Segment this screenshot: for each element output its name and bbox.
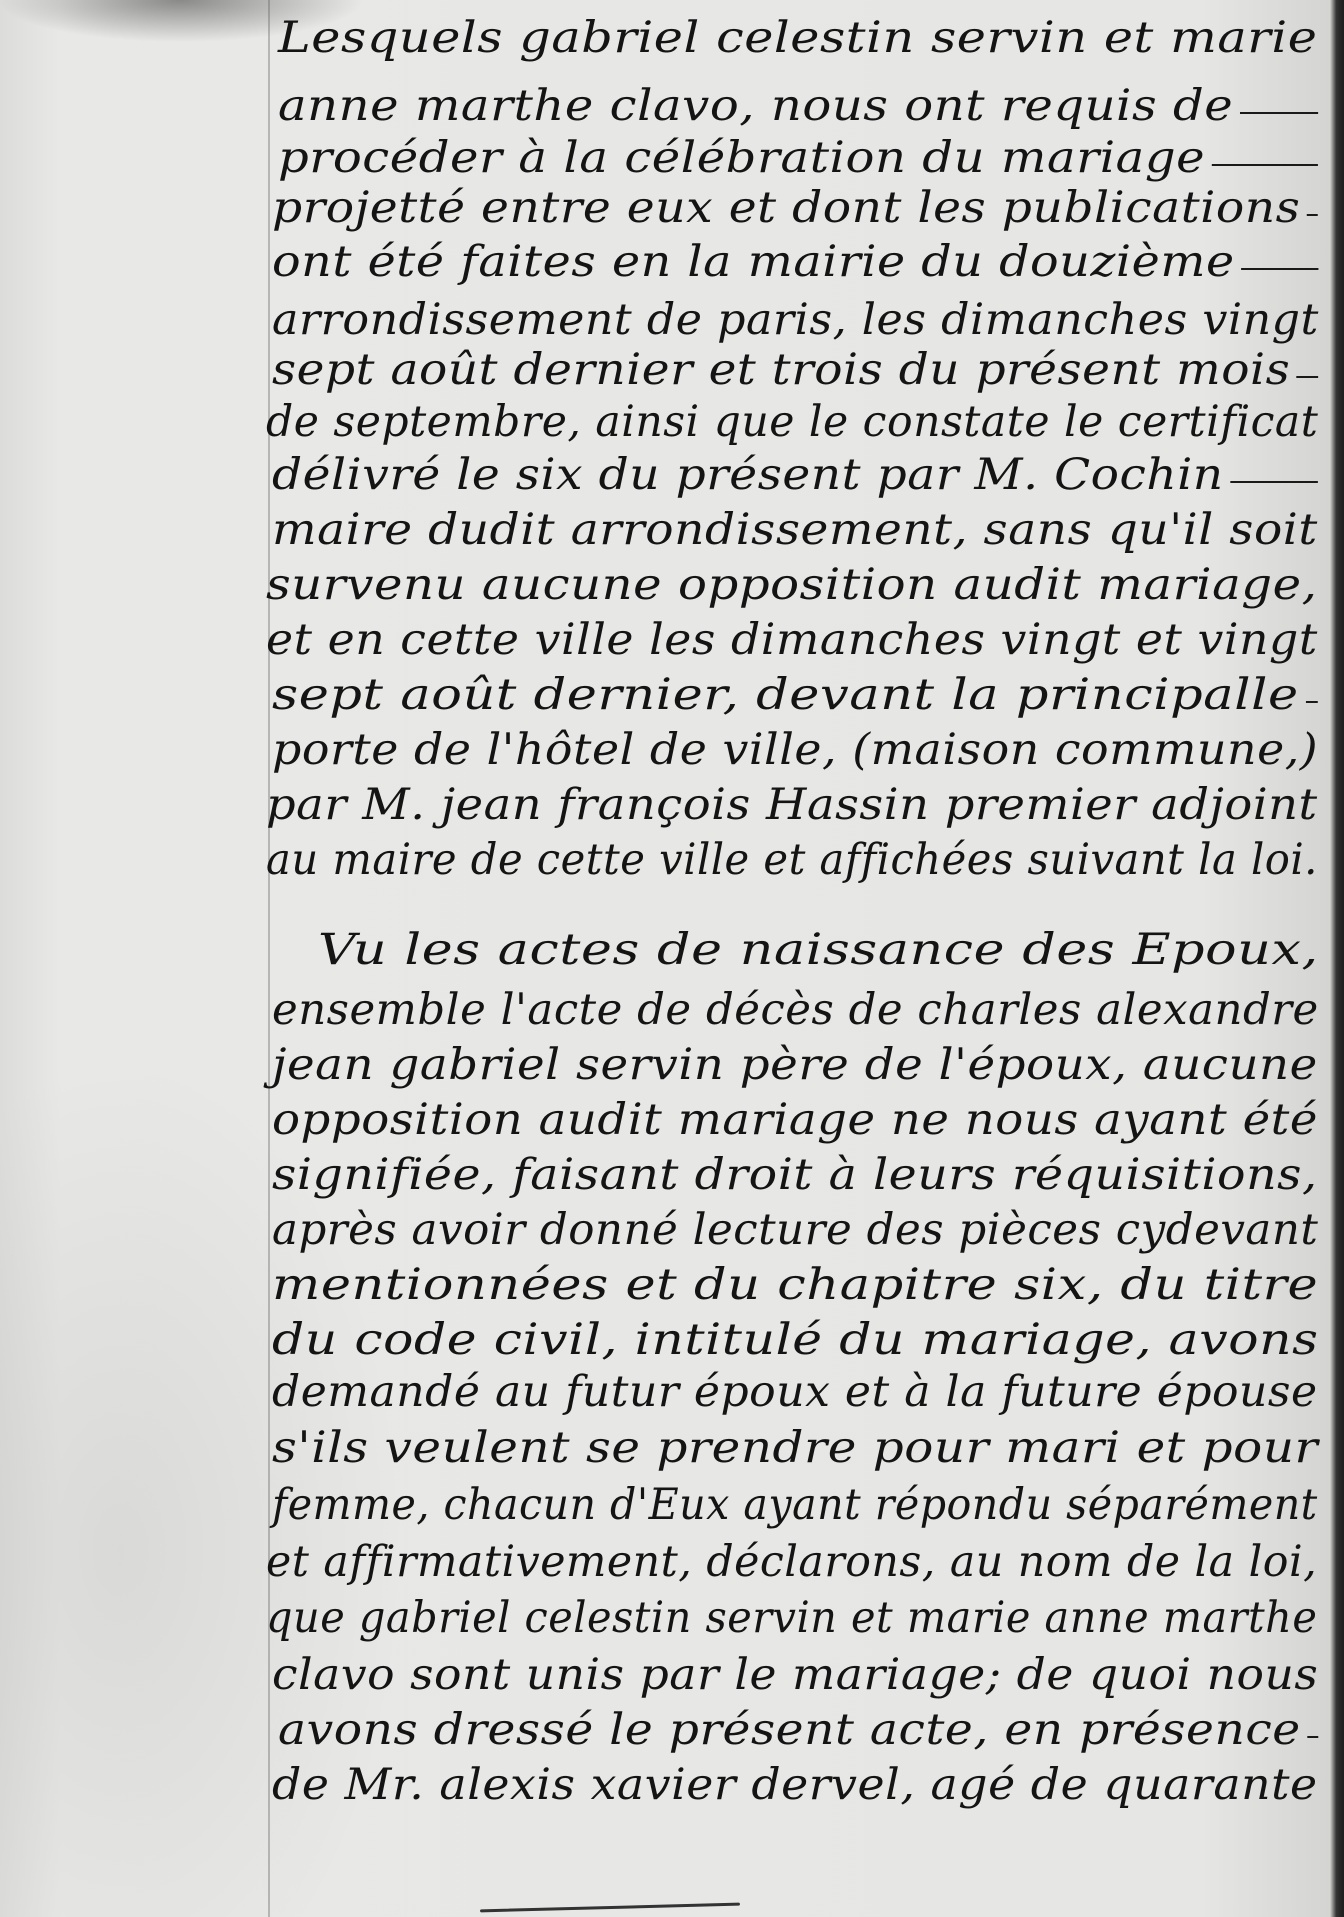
manuscript-line: et en cette ville les dimanches vingt et… — [266, 610, 1318, 670]
manuscript-line: Lesquels gabriel celestin servin et mari… — [278, 8, 1317, 68]
manuscript-line-text: porte de l'hôtel de ville, (maison commu… — [272, 725, 1318, 775]
line-filler-stroke — [1306, 701, 1318, 703]
manuscript-line: signifiée, faisant droit à leurs réquisi… — [272, 1145, 1318, 1205]
manuscript-line: délivré le six du présent par M. Cochin — [272, 445, 1318, 505]
manuscript-line-text: au maire de cette ville et affichées sui… — [266, 835, 1318, 885]
manuscript-line-text: arrondissement de paris, les dimanches v… — [272, 295, 1319, 345]
manuscript-line: ensemble l'acte de décès de charles alex… — [272, 980, 1319, 1040]
line-filler-stroke — [1307, 214, 1318, 216]
manuscript-line: femme, chacun d'Eux ayant répondu séparé… — [272, 1475, 1318, 1535]
manuscript-line: de Mr. alexis xavier dervel, agé de quar… — [272, 1755, 1318, 1815]
manuscript-line: mentionnées et du chapitre six, du titre — [272, 1255, 1318, 1315]
manuscript-line: sept août dernier, devant la principalle — [272, 665, 1318, 725]
manuscript-line-text: mentionnées et du chapitre six, du titre — [272, 1260, 1318, 1310]
manuscript-line-text: opposition audit mariage ne nous ayant é… — [272, 1095, 1318, 1145]
line-filler-stroke — [1240, 112, 1318, 114]
line-filler-stroke — [1230, 481, 1318, 483]
manuscript-line-text: de Mr. alexis xavier dervel, agé de quar… — [272, 1760, 1318, 1810]
manuscript-line: que gabriel celestin servin et marie ann… — [266, 1588, 1317, 1648]
line-filler-stroke — [1307, 1736, 1318, 1738]
manuscript-line: porte de l'hôtel de ville, (maison commu… — [272, 720, 1318, 780]
manuscript-line-text: s'ils veulent se prendre pour mari et po… — [272, 1423, 1318, 1473]
manuscript-line: clavo sont unis par le mariage; de quoi … — [272, 1645, 1318, 1705]
manuscript-line: au maire de cette ville et affichées sui… — [266, 830, 1318, 890]
manuscript-line: et affirmativement, déclarons, au nom de… — [266, 1532, 1317, 1592]
manuscript-line: jean gabriel servin père de l'époux, auc… — [272, 1035, 1318, 1095]
manuscript-line-text: du code civil, intitulé du mariage, avon… — [272, 1315, 1318, 1365]
manuscript-line: ont été faites en la mairie du douzième — [272, 232, 1319, 292]
manuscript-line: avons dressé le présent acte, en présenc… — [278, 1700, 1318, 1760]
manuscript-line-text: de septembre, ainsi que le constate le c… — [266, 397, 1318, 447]
manuscript-line: demandé au futur époux et à la future ép… — [272, 1362, 1318, 1422]
line-filler-stroke — [1241, 268, 1318, 270]
manuscript-line-text: par M. jean françois Hassin premier adjo… — [266, 780, 1318, 830]
manuscript-line: anne marthe clavo, nous ont requis de — [278, 76, 1318, 136]
manuscript-line: du code civil, intitulé du mariage, avon… — [272, 1310, 1318, 1370]
manuscript-line-text: demandé au futur époux et à la future ép… — [272, 1367, 1318, 1417]
manuscript-line: après avoir donné lecture des pièces cyd… — [272, 1200, 1318, 1260]
manuscript-line-text: clavo sont unis par le mariage; de quoi … — [272, 1650, 1318, 1700]
manuscript-line: Vu les actes de naissance des Epoux, — [318, 920, 1319, 980]
manuscript-line: survenu aucune opposition audit mariage, — [266, 555, 1317, 615]
manuscript-line-text: sept août dernier, devant la principalle — [272, 670, 1299, 720]
manuscript-line-text: projetté entre eux et dont les publicati… — [272, 183, 1300, 233]
manuscript-line-text: que gabriel celestin servin et marie ann… — [266, 1593, 1317, 1643]
line-filler-stroke — [1212, 164, 1318, 166]
manuscript-line-text: sept août dernier et trois du présent mo… — [272, 345, 1290, 395]
manuscript-line-text: après avoir donné lecture des pièces cyd… — [272, 1205, 1318, 1255]
manuscript-line: projetté entre eux et dont les publicati… — [272, 178, 1318, 238]
manuscript-line: s'ils veulent se prendre pour mari et po… — [272, 1418, 1318, 1478]
manuscript-line-text: maire dudit arrondissement, sans qu'il s… — [272, 505, 1318, 555]
manuscript-line: maire dudit arrondissement, sans qu'il s… — [272, 500, 1318, 560]
manuscript-line: par M. jean françois Hassin premier adjo… — [266, 775, 1318, 835]
manuscript-line-text: Vu les actes de naissance des Epoux, — [318, 925, 1319, 975]
manuscript-line-text: procéder à la célébration du mariage — [278, 133, 1205, 183]
manuscript-line-text: signifiée, faisant droit à leurs réquisi… — [272, 1150, 1318, 1200]
manuscript-line-text: survenu aucune opposition audit mariage, — [266, 560, 1317, 610]
manuscript-line-text: ont été faites en la mairie du douzième — [272, 237, 1235, 287]
manuscript-line-text: Lesquels gabriel celestin servin et mari… — [278, 13, 1317, 63]
manuscript-line-text: et en cette ville les dimanches vingt et… — [266, 615, 1318, 665]
manuscript-line-text: avons dressé le présent acte, en présenc… — [278, 1705, 1301, 1755]
manuscript-line: de septembre, ainsi que le constate le c… — [266, 392, 1318, 452]
manuscript-line: sept août dernier et trois du présent mo… — [272, 340, 1319, 400]
manuscript-line-text: anne marthe clavo, nous ont requis de — [278, 81, 1233, 131]
manuscript-line-text: ensemble l'acte de décès de charles alex… — [272, 985, 1319, 1035]
line-filler-stroke — [1297, 376, 1319, 378]
manuscript-line-text: délivré le six du présent par M. Cochin — [272, 450, 1224, 500]
manuscript-line-text: femme, chacun d'Eux ayant répondu séparé… — [272, 1480, 1318, 1530]
scanned-manuscript-page: Lesquels gabriel celestin servin et mari… — [0, 0, 1344, 1917]
manuscript-line-text: jean gabriel servin père de l'époux, auc… — [272, 1040, 1318, 1090]
manuscript-line: opposition audit mariage ne nous ayant é… — [272, 1090, 1318, 1150]
manuscript-body: Lesquels gabriel celestin servin et mari… — [0, 0, 1344, 1917]
manuscript-line-text: et affirmativement, déclarons, au nom de… — [266, 1537, 1317, 1587]
